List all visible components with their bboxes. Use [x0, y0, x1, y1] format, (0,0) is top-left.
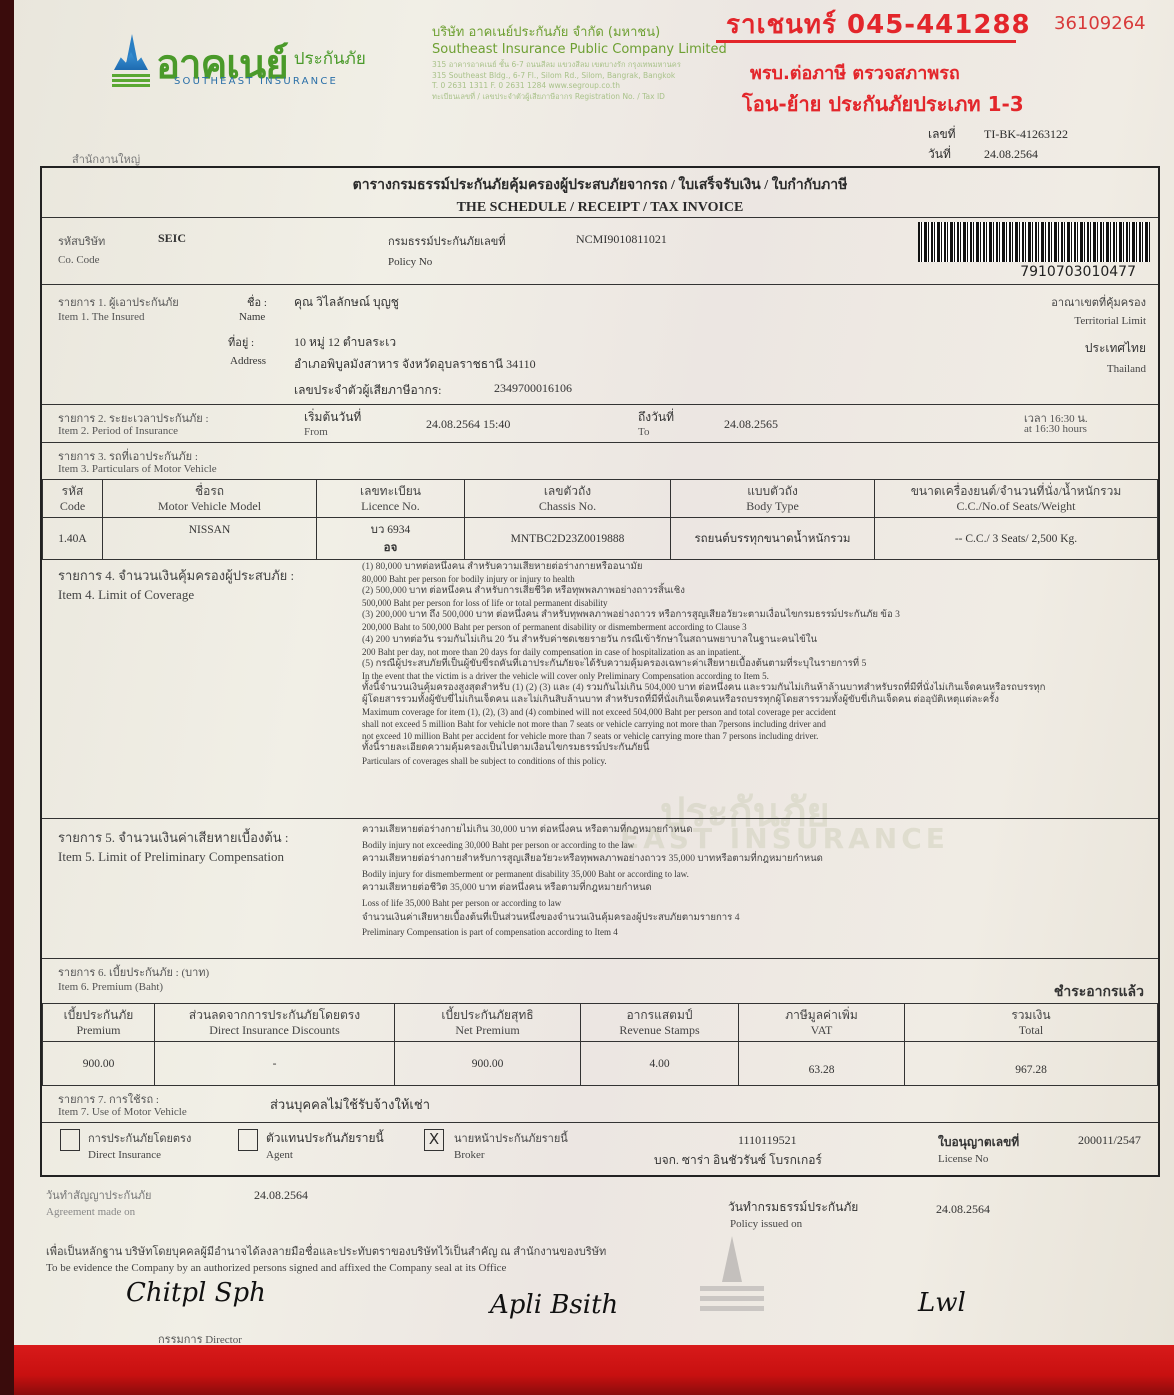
preliminary-details: ความเสียหายต่อร่างกายไม่เกิน 30,000 บาท … [362, 823, 1142, 940]
col-body-en: Body Type [675, 499, 870, 514]
col-body-th: แบบตัวถัง [675, 484, 870, 499]
item1-insured: รายการ 1. ผู้เอาประกันภัย Item 1. The In… [42, 285, 1158, 405]
issued-date: 24.08.2564 [936, 1202, 990, 1217]
item5-label-th: รายการ 5. จำนวนเงินค่าเสียหายเบื้องต้น : [58, 827, 289, 848]
col-premium-en: Premium [47, 1023, 150, 1038]
col-vat-en: VAT [743, 1023, 900, 1038]
broker-label-th: นายหน้าประกันภัยรายนี้ [454, 1129, 568, 1147]
agent-label-en: Agent [266, 1149, 293, 1161]
broker-label-en: Broker [454, 1149, 485, 1161]
coverage-line: (2) 500,000 บาท ต่อหนึ่งคน สำหรับการเสีย… [362, 585, 1142, 597]
barcode [918, 222, 1150, 262]
codes-row: รหัสบริษัท Co. Code SEIC กรมธรรม์ประกันภ… [42, 218, 1158, 285]
title-en: THE SCHEDULE / RECEIPT / TAX INVOICE [42, 200, 1158, 216]
co-code-label-th: รหัสบริษัท [58, 232, 105, 250]
coverage-line: Particulars of coverages shall be subjec… [362, 755, 1142, 767]
insured-name: คุณ วิไลลักษณ์ บุญชู [294, 293, 399, 312]
item4-label-en: Item 4. Limit of Coverage [58, 587, 194, 603]
col-discount-th: ส่วนลดจากการประกันภัยโดยตรง [159, 1008, 390, 1023]
item4-label-th: รายการ 4. จำนวนเงินคุ้มครองผู้ประสบภัย : [58, 565, 294, 586]
brand-subtitle-th: ประกันภัย [294, 50, 366, 68]
agent-label-th: ตัวแทนประกันภัยรายนี้ [266, 1129, 384, 1148]
preliminary-line: Bodily injury for dismemberment or perma… [362, 867, 1142, 882]
name-label-th: ชื่อ : [247, 293, 267, 311]
item4-coverage: รายการ 4. จำนวนเงินคุ้มครองผู้ประสบภัย :… [42, 559, 1158, 819]
vehicle-code: 1.40A [43, 518, 103, 560]
license-label-th: ใบอนุญาตเลขที่ [938, 1133, 1019, 1152]
coverage-line: (5) กรณีผู้ประสบภัยที่เป็นผู้ขับขี่รถคัน… [362, 658, 1142, 670]
coverage-line: ผู้โดยสารรวมทั้งผู้ขับขี่ไม่เกินเจ็ดคน แ… [362, 694, 1142, 706]
col-spec-en: C.C./No.of Seats/Weight [879, 499, 1153, 514]
total-value: 967.28 [905, 1042, 1158, 1086]
document-title: ตารางกรมธรรม์ประกันภัยคุ้มครองผู้ประสบภั… [42, 168, 1158, 218]
doc-no-value: TI-BK-41263122 [984, 124, 1124, 144]
handwritten-number: 36109264 [1054, 13, 1146, 34]
col-code-th: รหัส [47, 484, 98, 499]
company-logo: อาคเนย์ ประกันภัย SOUTHEAST INSURANCE [112, 34, 366, 86]
signature-director-2: Apli Bsith [490, 1290, 618, 1320]
date-label: วันที่ [928, 144, 984, 164]
broker-checkbox[interactable]: X [424, 1129, 444, 1151]
coverage-line: In the event that the victim is a driver… [362, 670, 1142, 682]
vehicle-table-header: รหัสCode ชื่อรถMotor Vehicle Model เลขทะ… [43, 480, 1158, 518]
address-label-th: ที่อยู่ : [228, 333, 254, 351]
tax-id-value: 2349700016106 [494, 381, 572, 396]
territory-value-th: ประเทศไทย [1085, 339, 1146, 358]
from-label-th: เริ่มต้นวันที่ [304, 408, 361, 427]
policy-no-value: NCMI9010811021 [576, 232, 667, 247]
item2-label-en: Item 2. Period of Insurance [58, 425, 178, 437]
license-no: 200011/2547 [1078, 1133, 1141, 1148]
territory-value-en: Thailand [1107, 363, 1146, 375]
premium-table: เบี้ยประกันภัยPremium ส่วนลดจากการประกัน… [42, 1003, 1158, 1086]
item6-label-th: รายการ 6. เบี้ยประกันภัย : (บาท) [58, 963, 209, 981]
document-number-block: เลขที่ TI-BK-41263122 วันที่ 24.08.2564 [928, 124, 1124, 164]
coverage-line: 200,000 Baht to 500,000 Baht per person … [362, 621, 1142, 633]
to-label-th: ถึงวันที่ [638, 408, 674, 427]
stamp-services-1: พรบ.ต่อภาษี ตรวจสภาพรถ [750, 58, 960, 87]
tax-id-label: เลขประจำตัวผู้เสียภาษีอากร: [294, 381, 442, 400]
evidence-statement-th: เพื่อเป็นหลักฐาน บริษัทโดยบุคคลผู้มีอำนา… [46, 1242, 606, 1260]
direct-insurance-checkbox[interactable] [60, 1129, 80, 1151]
direct-label-th: การประกันภัยโดยตรง [88, 1129, 191, 1147]
coverage-line: ทั้งนี้รายละเอียดความคุ้มครองเป็นไปตามเง… [362, 742, 1142, 754]
item5-label-en: Item 5. Limit of Preliminary Compensatio… [58, 849, 284, 865]
issued-label-th: วันทำกรมธรรม์ประกันภัย [728, 1198, 858, 1217]
coverage-line: not exceed 10 million Baht per accident … [362, 730, 1142, 742]
direct-label-en: Direct Insurance [88, 1149, 161, 1161]
period-from: 24.08.2564 15:40 [426, 417, 510, 432]
item1-label-th: รายการ 1. ผู้เอาประกันภัย [58, 293, 179, 311]
company-address-1: 315 อาคารอาคเนย์ ชั้น 6-7 ถนนสีลม แขวงสี… [432, 60, 792, 71]
company-registration: ทะเบียนเลขที่ / เลขประจำตัวผู้เสียภาษีอา… [432, 92, 792, 103]
schedule-frame: ตารางกรมธรรม์ประกันภัยคุ้มครองผู้ประสบภั… [40, 166, 1160, 1177]
col-model-th: ชื่อรถ [107, 484, 312, 499]
stamp-services-2: โอน-ย้าย ประกันภัยประเภท 1-3 [742, 88, 1024, 120]
time-en: at 16:30 hours [1024, 423, 1087, 435]
territory-label-th: อาณาเขตที่คุ้มครอง [1051, 293, 1146, 311]
licence-no: บว 6934 [321, 521, 460, 539]
seal-temple-icon [700, 1236, 764, 1316]
col-net-premium-en: Net Premium [399, 1023, 576, 1038]
item2-period: รายการ 2. ระยะเวลาประกันภัย : Item 2. Pe… [42, 405, 1158, 443]
col-licence-en: Licence No. [321, 499, 460, 514]
address-label-en: Address [230, 355, 266, 367]
doc-no-label: เลขที่ [928, 124, 984, 144]
stamp-underline [716, 40, 1016, 43]
col-model-en: Motor Vehicle Model [107, 499, 312, 514]
col-stamps-th: อากรแสตมป์ [585, 1008, 734, 1023]
col-premium-th: เบี้ยประกันภัย [47, 1008, 150, 1023]
coverage-line: (4) 200 บาทต่อวัน รวมกันไม่เกิน 20 วัน ส… [362, 634, 1142, 646]
col-discount-en: Direct Insurance Discounts [159, 1023, 390, 1038]
vehicle-table: รหัสCode ชื่อรถMotor Vehicle Model เลขทะ… [42, 479, 1158, 560]
col-licence-th: เลขทะเบียน [321, 484, 460, 499]
discount-value: - [155, 1042, 395, 1086]
col-code-en: Code [47, 499, 98, 514]
item3-vehicle: รายการ 3. รถที่เอาประกันภัย : Item 3. Pa… [42, 443, 1158, 559]
item5-preliminary: รายการ 5. จำนวนเงินค่าเสียหายเบื้องต้น :… [42, 819, 1158, 959]
company-address-2: 315 Southeast Bldg., 6-7 Fl., Silom Rd.,… [432, 71, 792, 82]
company-contact: T. 0 2631 1311 F. 0 2631 1284 www.segrou… [432, 81, 792, 92]
signature-authorized: Lwl [918, 1288, 966, 1318]
body-type: รถยนต์บรรทุกขนาดน้ำหนักรวม [671, 518, 875, 560]
co-code-value: SEIC [158, 231, 186, 246]
policy-no-label-en: Policy No [388, 256, 432, 268]
preliminary-line: Preliminary Compensation is part of comp… [362, 925, 1142, 940]
col-chassis-th: เลขตัวถัง [469, 484, 666, 499]
item7-label-en: Item 7. Use of Motor Vehicle [58, 1106, 187, 1118]
coverage-line: shall not exceed 5 million Baht for vehi… [362, 718, 1142, 730]
coverage-line: (3) 200,000 บาท ถึง 500,000 บาท ต่อหนึ่ง… [362, 609, 1142, 621]
preliminary-line: ความเสียหายต่อร่างกายไม่เกิน 30,000 บาท … [362, 823, 1142, 838]
coverage-line: 200 Baht per day, not more than 20 days … [362, 646, 1142, 658]
evidence-statement-en: To be evidence the Company by an authori… [46, 1262, 506, 1274]
premium-value: 900.00 [43, 1042, 155, 1086]
territory-label-en: Territorial Limit [1074, 315, 1146, 327]
col-vat-th: ภาษีมูลค่าเพิ่ม [743, 1008, 900, 1023]
period-to: 24.08.2565 [724, 417, 778, 432]
license-label-en: License No [938, 1153, 988, 1165]
barcode-number: 7910703010477 [1020, 264, 1136, 280]
preliminary-line: Bodily injury not exceeding 30,000 Baht … [362, 838, 1142, 853]
sales-channel-row: การประกันภัยโดยตรง Direct Insurance ตัวแ… [42, 1123, 1158, 1175]
chassis-no: MNTBC2D23Z0019888 [465, 518, 671, 560]
premium-table-header: เบี้ยประกันภัยPremium ส่วนลดจากการประกัน… [43, 1004, 1158, 1042]
preliminary-line: ความเสียหายต่อร่างกายสำหรับการสูญเสียอวั… [362, 852, 1142, 867]
vehicle-model: NISSAN [103, 518, 317, 560]
preliminary-line: ความเสียหายต่อชีวิต 35,000 บาท ต่อหนึ่งค… [362, 881, 1142, 896]
agreement-label-en: Agreement made on [46, 1206, 135, 1218]
policy-document: อาคเนย์ ประกันภัย SOUTHEAST INSURANCE บร… [0, 0, 1174, 1345]
item6-premium: รายการ 6. เบี้ยประกันภัย : (บาท) Item 6.… [42, 959, 1158, 1085]
agent-checkbox[interactable] [238, 1129, 258, 1151]
col-net-premium-th: เบี้ยประกันภัยสุทธิ [399, 1008, 576, 1023]
vat-value: 63.28 [739, 1042, 905, 1086]
agreement-label-th: วันทำสัญญาประกันภัย [46, 1186, 151, 1204]
col-chassis-en: Chassis No. [469, 499, 666, 514]
coverage-line: 500,000 Baht per person for loss of life… [362, 597, 1142, 609]
address-line-2: อำเภอพิบูลมังสาหาร จังหวัดอุบลราชธานี 34… [294, 355, 536, 374]
to-label-en: To [638, 426, 649, 438]
title-th: ตารางกรมธรรม์ประกันภัยคุ้มครองผู้ประสบภั… [42, 168, 1158, 196]
vehicle-use: ส่วนบุคคลไม่ใช้รับจ้างให้เช่า [270, 1094, 430, 1115]
co-code-label-en: Co. Code [58, 254, 100, 266]
item3-label-en: Item 3. Particulars of Motor Vehicle [58, 463, 217, 475]
vehicle-spec: -- C.C./ 3 Seats/ 2,500 Kg. [875, 518, 1158, 560]
policy-no-label-th: กรมธรรม์ประกันภัยเลขที่ [388, 232, 506, 250]
signature-director-1: Chitpl Sph [126, 1278, 266, 1308]
background-red-surface [0, 1345, 1174, 1395]
agreement-date: 24.08.2564 [254, 1188, 308, 1203]
premium-row: 900.00 - 900.00 4.00 63.28 967.28 [43, 1042, 1158, 1086]
item7-use: รายการ 7. การใช้รถ : Item 7. Use of Moto… [42, 1085, 1158, 1123]
col-stamps-en: Revenue Stamps [585, 1023, 734, 1038]
stamps-value: 4.00 [581, 1042, 739, 1086]
coverage-line: 80,000 Baht per person for bodily injury… [362, 573, 1142, 585]
item6-label-en: Item 6. Premium (Baht) [58, 981, 163, 993]
broker-code: 1110119521 [738, 1133, 797, 1148]
col-spec-th: ขนาดเครื่องยนต์/จำนวนที่นั่ง/น้ำหนักรวม [879, 484, 1153, 499]
coverage-details: (1) 80,000 บาทต่อหนึ่งคน สำหรับความเสียห… [362, 561, 1142, 767]
preliminary-line: จำนวนเงินค่าเสียหายเบื้องต้นที่เป็นส่วนห… [362, 911, 1142, 926]
item1-label-en: Item 1. The Insured [58, 311, 145, 323]
address-line-1: 10 หมู่ 12 ตำบลระเว [294, 333, 396, 352]
stamp-duty-paid: ชำระอากรแล้ว [1054, 981, 1144, 1003]
coverage-line: Maximum coverage for item (1), (2), (3) … [362, 706, 1142, 718]
coverage-line: (1) 80,000 บาทต่อหนึ่งคน สำหรับความเสียห… [362, 561, 1142, 573]
preliminary-line: Loss of life 35,000 Baht per person or a… [362, 896, 1142, 911]
net-premium-value: 900.00 [395, 1042, 581, 1086]
broker-name: บจก. ซาร่า อินชัวรันซ์ โบรกเกอร์ [654, 1151, 822, 1170]
issued-label-en: Policy issued on [730, 1218, 802, 1230]
vehicle-row: 1.40A NISSAN บว 6934อจ MNTBC2D23Z0019888… [43, 518, 1158, 560]
temple-logo-icon [112, 34, 150, 86]
name-label-en: Name [239, 311, 265, 323]
background-dark-edge [0, 0, 14, 1395]
col-total-en: Total [909, 1023, 1153, 1038]
col-total-th: รวมเงิน [909, 1008, 1153, 1023]
date-value: 24.08.2564 [984, 144, 1124, 164]
licence-province: อจ [321, 539, 460, 557]
coverage-line: ทั้งนี้จำนวนเงินคุ้มครองสูงสุดสำหรับ (1)… [362, 682, 1142, 694]
from-label-en: From [304, 426, 328, 438]
brand-name-en: SOUTHEAST INSURANCE [174, 76, 338, 87]
stamp-phone: ราเชนทร์ 045-441288 [726, 4, 1031, 45]
